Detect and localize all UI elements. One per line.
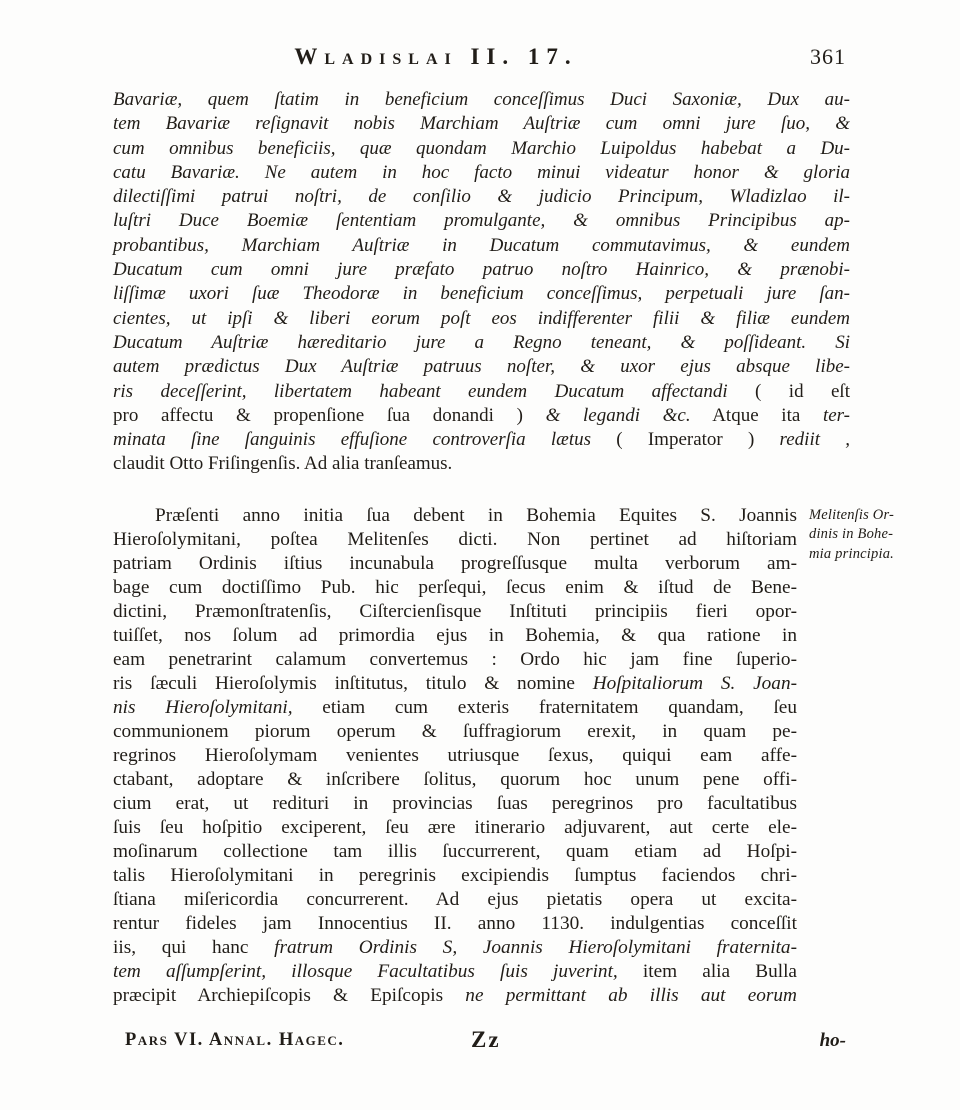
gathering-signature: Zz	[471, 1027, 501, 1053]
catchword: ho-	[820, 1030, 846, 1052]
page-header: Wladislai II. 17. 361	[0, 0, 960, 78]
text-line: ſtiana miſericordia concurrerent. Ad eju…	[113, 888, 797, 912]
text-line: ſuis ſeu hoſpitio exciperent, ſeu ære it…	[113, 816, 797, 840]
text-line: luſtri Duce Boemiæ ſententiam promulgant…	[113, 209, 850, 233]
text-line: pro affectu & propenſione ſua donandi ) …	[113, 404, 850, 428]
text-line: autem prædictus Dux Auſtriæ patruus noſt…	[113, 355, 850, 379]
text-line: Præſenti anno initia ſua debent in Bohem…	[113, 504, 797, 528]
text-line: Ducatum Auſtriæ hæreditario jure a Regno…	[113, 331, 850, 355]
text-line: tem aſſumpſerint, illosque Facultatibus …	[113, 960, 797, 984]
text-line: talis Hieroſolymitani in peregrinis exci…	[113, 864, 797, 888]
text-line: cum omnibus beneficiis, quæ quondam Marc…	[113, 137, 850, 161]
text-line: tuiſſet, nos ſolum ad primordia ejus in …	[113, 624, 797, 648]
text-line: bage cum doctiſſimo Pub. hic perſequi, ſ…	[113, 576, 797, 600]
page-footer: Pars VI. Annal. Hagec. Zz ho-	[113, 1030, 850, 1060]
text-line: ris deceſſerint, libertatem habeant eund…	[113, 380, 850, 404]
text-column: Bavariæ, quem ſtatim in beneficium conce…	[113, 88, 850, 1008]
text-line: ctabant, adoptare & inſcribere ſolitus, …	[113, 768, 797, 792]
text-line: claudit Otto Friſingenſis. Ad alia tranſ…	[113, 452, 850, 476]
margin-note-line: Melitenſis Or-	[809, 506, 960, 526]
margin-note-line: mia principia.	[809, 545, 960, 565]
scanned-book-page: Wladislai II. 17. 361 Bavariæ, quem ſtat…	[0, 0, 960, 1110]
text-line: Bavariæ, quem ſtatim in beneficium conce…	[113, 88, 850, 112]
text-line: cium erat, ut redituri in provincias ſua…	[113, 792, 797, 816]
text-line: catu Bavariæ. Ne autem in hoc facto minu…	[113, 161, 850, 185]
text-line: dictini, Præmonſtratenſis, Ciſtercienſis…	[113, 600, 797, 624]
text-line: patriam Ordinis iſtius incunabula progre…	[113, 552, 797, 576]
text-line: Hieroſolymitani, poſtea Melitenſes dicti…	[113, 528, 797, 552]
paragraph-block-with-margin-note: Præſenti anno initia ſua debent in Bohem…	[113, 504, 850, 1008]
text-line: communionem piorum operum & ſuffragiorum…	[113, 720, 797, 744]
text-line: iis, qui hanc fratrum Ordinis S, Joannis…	[113, 936, 797, 960]
text-line: eam penetrarint calamum convertemus : Or…	[113, 648, 797, 672]
text-line: nis Hieroſolymitani, etiam cum exteris f…	[113, 696, 797, 720]
text-line: Ducatum cum omni jure præfato patruo noſ…	[113, 258, 850, 282]
page-number: 361	[810, 44, 846, 70]
margin-note-line: dinis in Bohe-	[809, 525, 960, 545]
text-line: liſſimæ uxori ſuæ Theodoræ in beneficium…	[113, 282, 850, 306]
paragraph-melitensian-order: Præſenti anno initia ſua debent in Bohem…	[113, 504, 797, 1008]
margin-note: Melitenſis Or- dinis in Bohe- mia princi…	[809, 506, 960, 565]
text-line: minata ſine ſanguinis effuſione controve…	[113, 428, 850, 452]
paragraph-quotation-latin: Bavariæ, quem ſtatim in beneficium conce…	[113, 88, 850, 477]
series-title: Pars VI. Annal. Hagec.	[125, 1030, 344, 1051]
text-line: regrinos Hieroſolymam venientes utriusqu…	[113, 744, 797, 768]
text-line: probantibus, Marchiam Auſtriæ in Ducatum…	[113, 234, 850, 258]
text-line: rentur fideles jam Innocentius II. anno …	[113, 912, 797, 936]
text-line: præcipit Archiepiſcopis & Epiſcopis ne p…	[113, 984, 797, 1008]
text-line: moſinarum collectione tam illis ſuccurre…	[113, 840, 797, 864]
running-title: Wladislai II. 17.	[0, 44, 872, 70]
text-line: dilectiſſimi patrui noſtri, de conſilio …	[113, 185, 850, 209]
text-line: ris ſæculi Hieroſolymis inſtitutus, titu…	[113, 672, 797, 696]
text-line: cientes, ut ipſi & liberi eorum poſt eos…	[113, 307, 850, 331]
text-line: tem Bavariæ reſignavit nobis Marchiam Au…	[113, 112, 850, 136]
